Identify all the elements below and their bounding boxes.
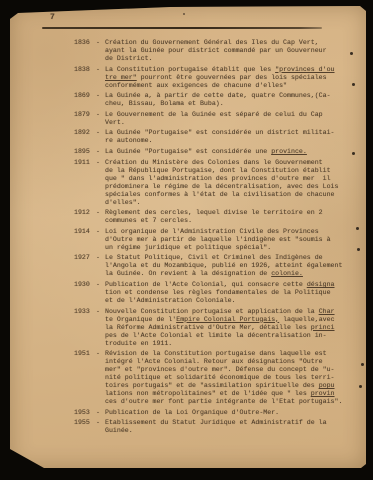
ink-speck (356, 227, 359, 230)
page-number: 7 (50, 13, 55, 22)
ink-speck (352, 152, 355, 155)
entry-dash: - (91, 148, 105, 156)
timeline-entry: 1955-Etablissement du Statut Juridique e… (74, 419, 356, 435)
entry-year: 1912 (74, 209, 91, 217)
entry-text: Création du Ministère des Colonies dans … (105, 159, 356, 207)
timeline-entry: 1911-Création du Ministère des Colonies … (74, 159, 356, 207)
ink-speck (361, 363, 364, 366)
entry-dash: - (91, 350, 105, 358)
entry-year: 1951 (74, 350, 91, 358)
entry-text: Révision de la Constitution portugaise d… (105, 350, 356, 406)
entry-year: 1838 (74, 66, 91, 74)
ink-speck (183, 13, 185, 15)
entry-year: 1955 (74, 419, 91, 427)
entry-dash: - (91, 39, 105, 47)
entry-year: 1927 (74, 254, 91, 262)
entry-dash: - (91, 209, 105, 217)
entry-text: Publication de l'Acte Colonial, qui cons… (105, 281, 356, 305)
entry-year: 1879 (74, 111, 91, 119)
entry-text: Règlement des cercles, lequel divise le … (105, 209, 356, 225)
entry-dash: - (91, 159, 105, 167)
timeline-entry: 1953-Publication de la Loi Organique d'O… (74, 409, 356, 417)
document-page: 7 1836-Création du Gouvernement Général … (10, 6, 366, 468)
entry-text: La Constitution portugaise établit que l… (105, 66, 356, 90)
entry-text: Loi organique de l'Administration Civile… (105, 228, 356, 252)
header-rule (42, 27, 322, 29)
entry-text: Création du Gouvernement Général des Ile… (105, 39, 356, 63)
timeline-entry: 1930-Publication de l'Acte Colonial, qui… (74, 281, 356, 305)
entry-dash: - (91, 92, 105, 100)
entry-year: 1933 (74, 308, 91, 316)
entry-dash: - (91, 129, 105, 137)
ink-speck (352, 83, 355, 86)
entry-year: 1953 (74, 409, 91, 417)
entry-year: 1869 (74, 92, 91, 100)
timeline-entries: 1836-Création du Gouvernement Général de… (74, 39, 356, 435)
entry-dash: - (91, 308, 105, 316)
ink-speck (357, 248, 360, 251)
entry-dash: - (91, 409, 105, 417)
entry-text: Le Gouvernement de la Guinée est séparé … (105, 111, 356, 127)
timeline-entry: 1838-La Constitution portugaise établit … (74, 66, 356, 90)
entry-text: Etablissement du Statut Juridique et Adm… (105, 419, 356, 435)
entry-text: La Guinée a, à partir de cette date, qua… (105, 92, 356, 108)
timeline-entry: 1895-La Guinée "Portugaise" est considér… (74, 148, 356, 156)
timeline-entry: 1836-Création du Gouvernement Général de… (74, 39, 356, 63)
entry-year: 1930 (74, 281, 91, 289)
timeline-entry: 1879-Le Gouvernement de la Guinée est sé… (74, 111, 356, 127)
entry-text: Publication de la Loi Organique d'Outre-… (105, 409, 356, 417)
timeline-entry: 1951-Révision de la Constitution portuga… (74, 350, 356, 406)
entry-text: Le Statut Politique, Civil et Criminel d… (105, 254, 356, 278)
timeline-entry: 1912-Règlement des cercles, lequel divis… (74, 209, 356, 225)
entry-dash: - (91, 254, 105, 262)
entry-year: 1892 (74, 129, 91, 137)
timeline-entry: 1892-La Guinée "Portugaise" est considér… (74, 129, 356, 145)
entry-text: La Guinée "Portugaise" est considérée un… (105, 129, 356, 145)
entry-dash: - (91, 66, 105, 74)
ink-speck (359, 385, 362, 388)
entry-text: La Guinée "Portugaise" est considérée un… (105, 148, 356, 156)
entry-year: 1911 (74, 159, 91, 167)
timeline-entry: 1933-Nouvelle Constitution portugaise et… (74, 308, 356, 348)
entry-year: 1836 (74, 39, 91, 47)
timeline-entry: 1869-La Guinée a, à partir de cette date… (74, 92, 356, 108)
timeline-entry: 1927-Le Statut Politique, Civil et Crimi… (74, 254, 356, 278)
entry-dash: - (91, 228, 105, 236)
ink-speck (350, 52, 353, 55)
entry-year: 1895 (74, 148, 91, 156)
entry-dash: - (91, 419, 105, 427)
entry-text: Nouvelle Constitution portugaise et appl… (105, 308, 356, 348)
entry-dash: - (91, 281, 105, 289)
timeline-entry: 1914-Loi organique de l'Administration C… (74, 228, 356, 252)
entry-dash: - (91, 111, 105, 119)
entry-year: 1914 (74, 228, 91, 236)
